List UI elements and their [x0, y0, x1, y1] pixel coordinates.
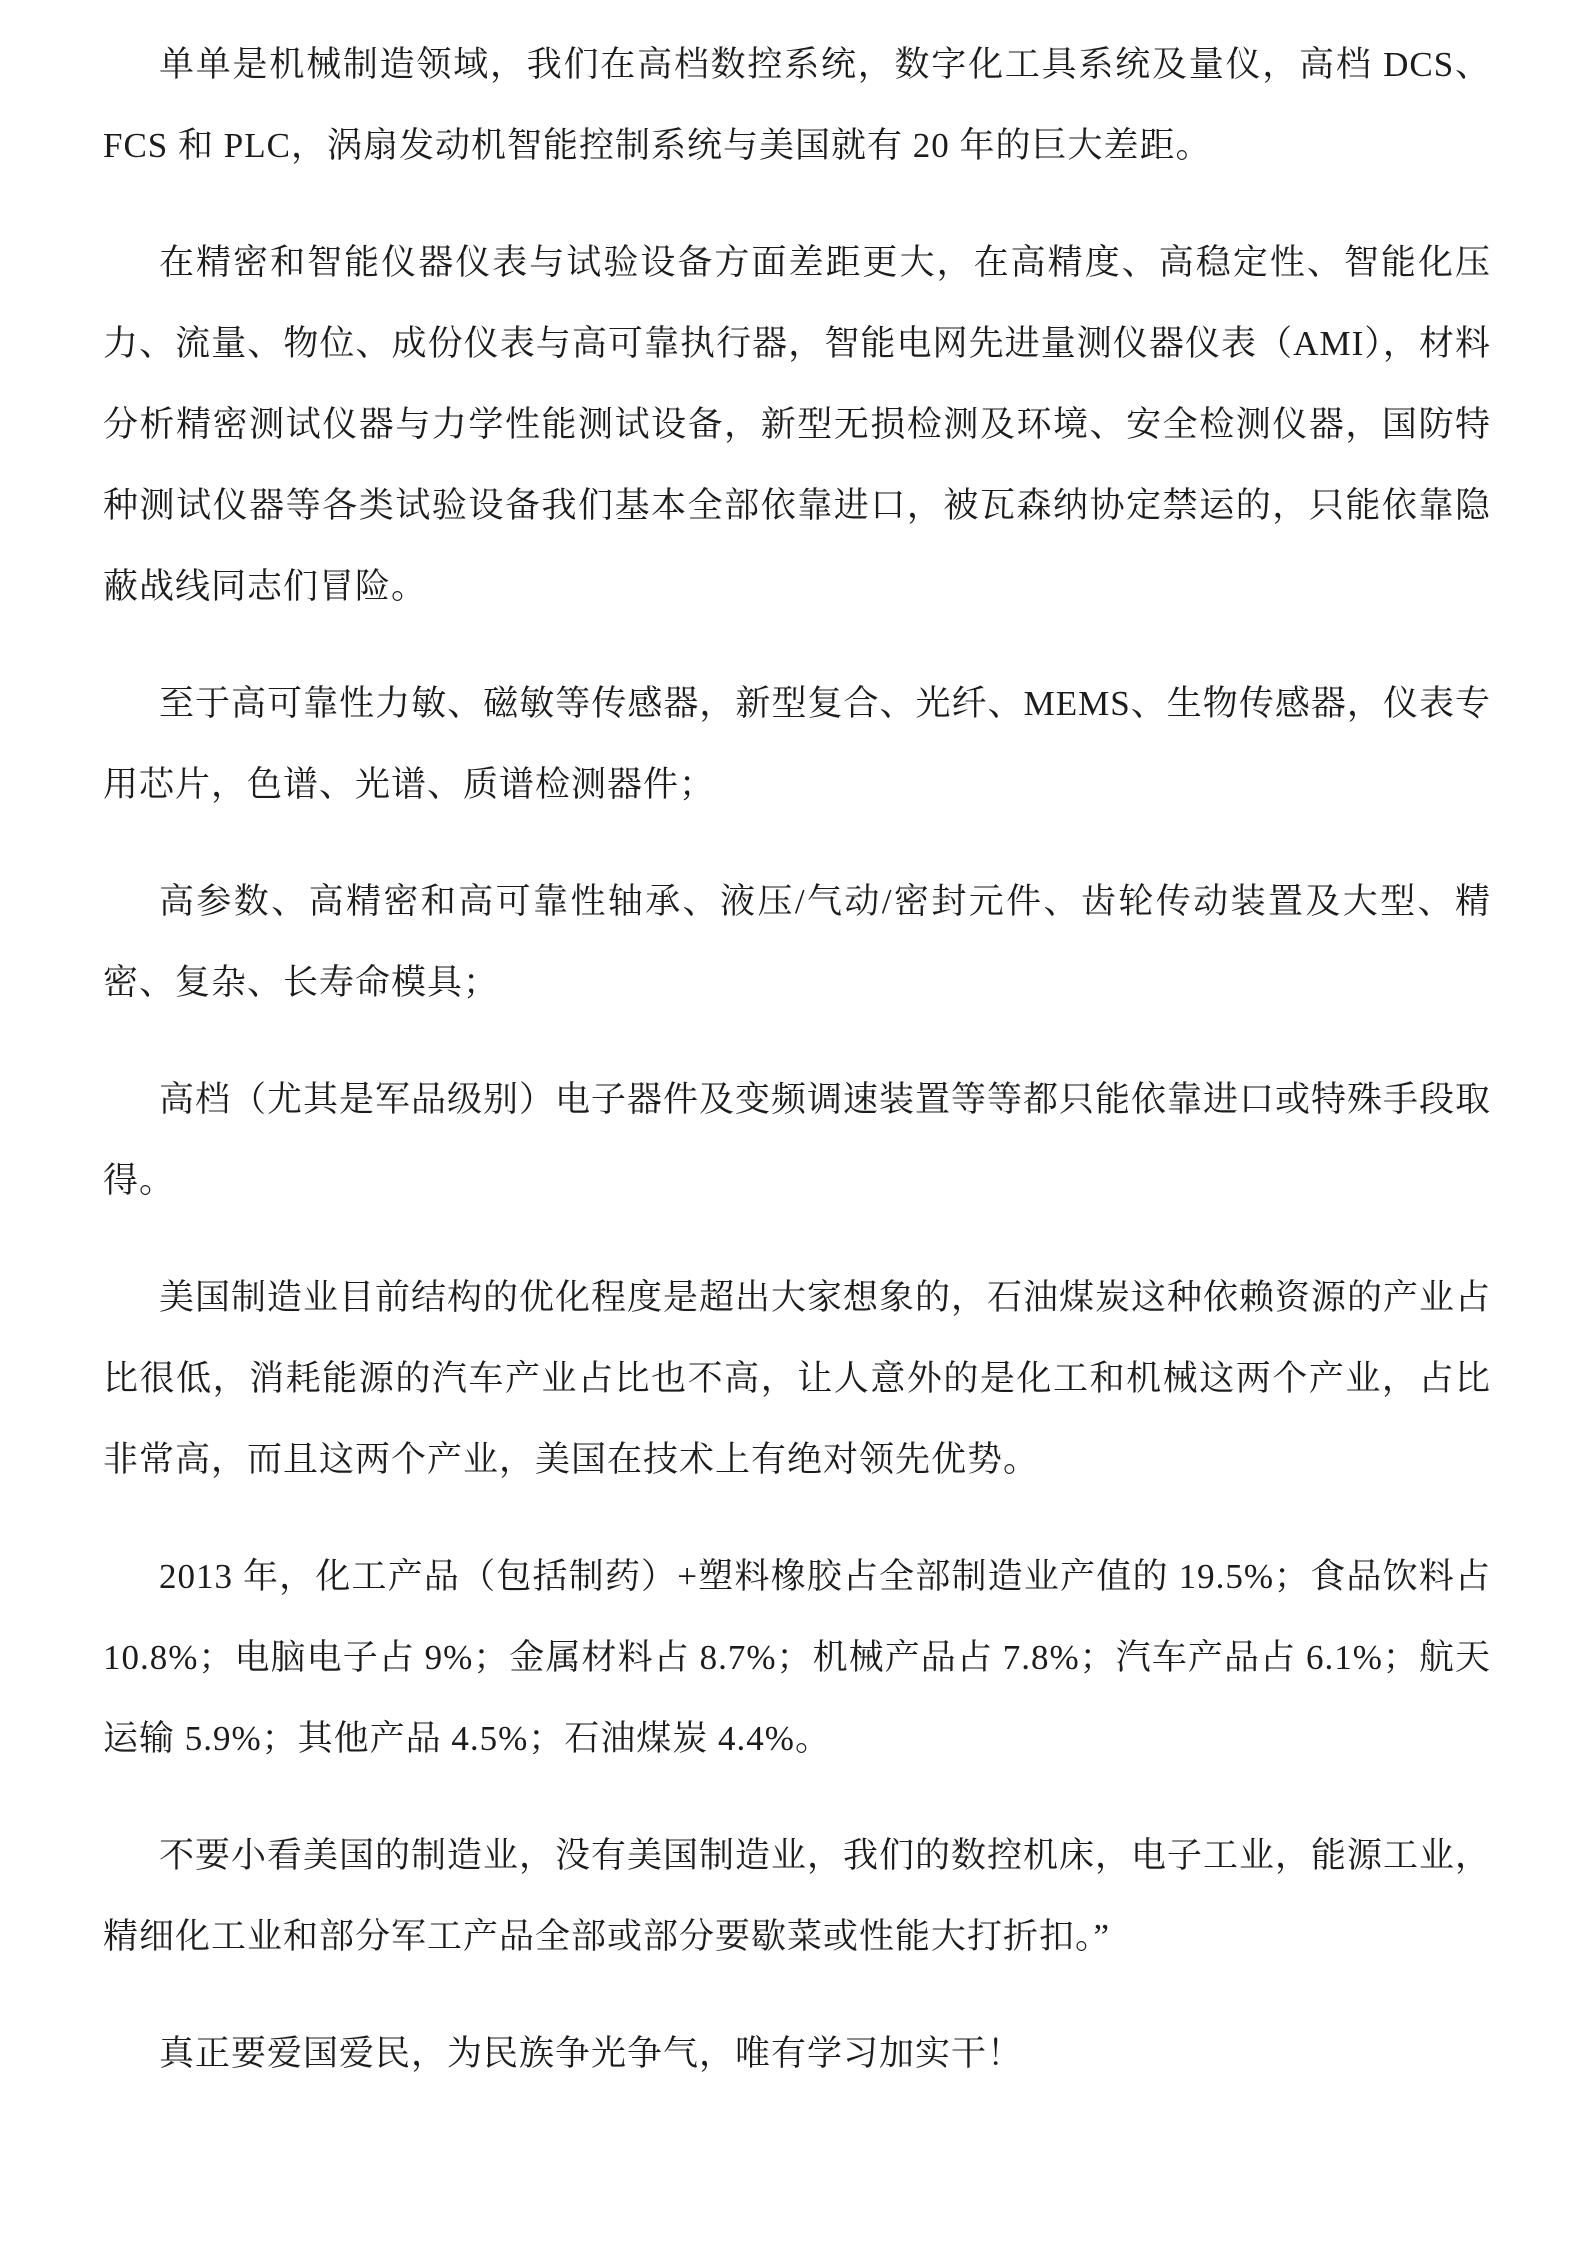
- paragraph: 真正要爱国爱民，为民族争光争气，唯有学习加实干！: [103, 2013, 1491, 2094]
- paragraph: 2013 年，化工产品（包括制药）+塑料橡胶占全部制造业产值的 19.5%；食品…: [103, 1536, 1491, 1779]
- paragraph: 至于高可靠性力敏、磁敏等传感器，新型复合、光纤、MEMS、生物传感器，仪表专用芯…: [103, 663, 1491, 825]
- document-body: 单单是机械制造领域，我们在高档数控系统，数字化工具系统及量仪，高档 DCS、FC…: [103, 24, 1491, 2094]
- document-page: 单单是机械制造领域，我们在高档数控系统，数字化工具系统及量仪，高档 DCS、FC…: [0, 0, 1587, 2245]
- paragraph: 在精密和智能仪器仪表与试验设备方面差距更大，在高精度、高稳定性、智能化压力、流量…: [103, 222, 1491, 627]
- paragraph: 美国制造业目前结构的优化程度是超出大家想象的，石油煤炭这种依赖资源的产业占比很低…: [103, 1257, 1491, 1500]
- paragraph: 单单是机械制造领域，我们在高档数控系统，数字化工具系统及量仪，高档 DCS、FC…: [103, 24, 1491, 186]
- paragraph: 不要小看美国的制造业，没有美国制造业，我们的数控机床，电子工业，能源工业，精细化…: [103, 1815, 1491, 1977]
- paragraph: 高参数、高精密和高可靠性轴承、液压/气动/密封元件、齿轮传动装置及大型、精密、复…: [103, 861, 1491, 1023]
- paragraph: 高档（尤其是军品级别）电子器件及变频调速装置等等都只能依靠进口或特殊手段取得。: [103, 1059, 1491, 1221]
